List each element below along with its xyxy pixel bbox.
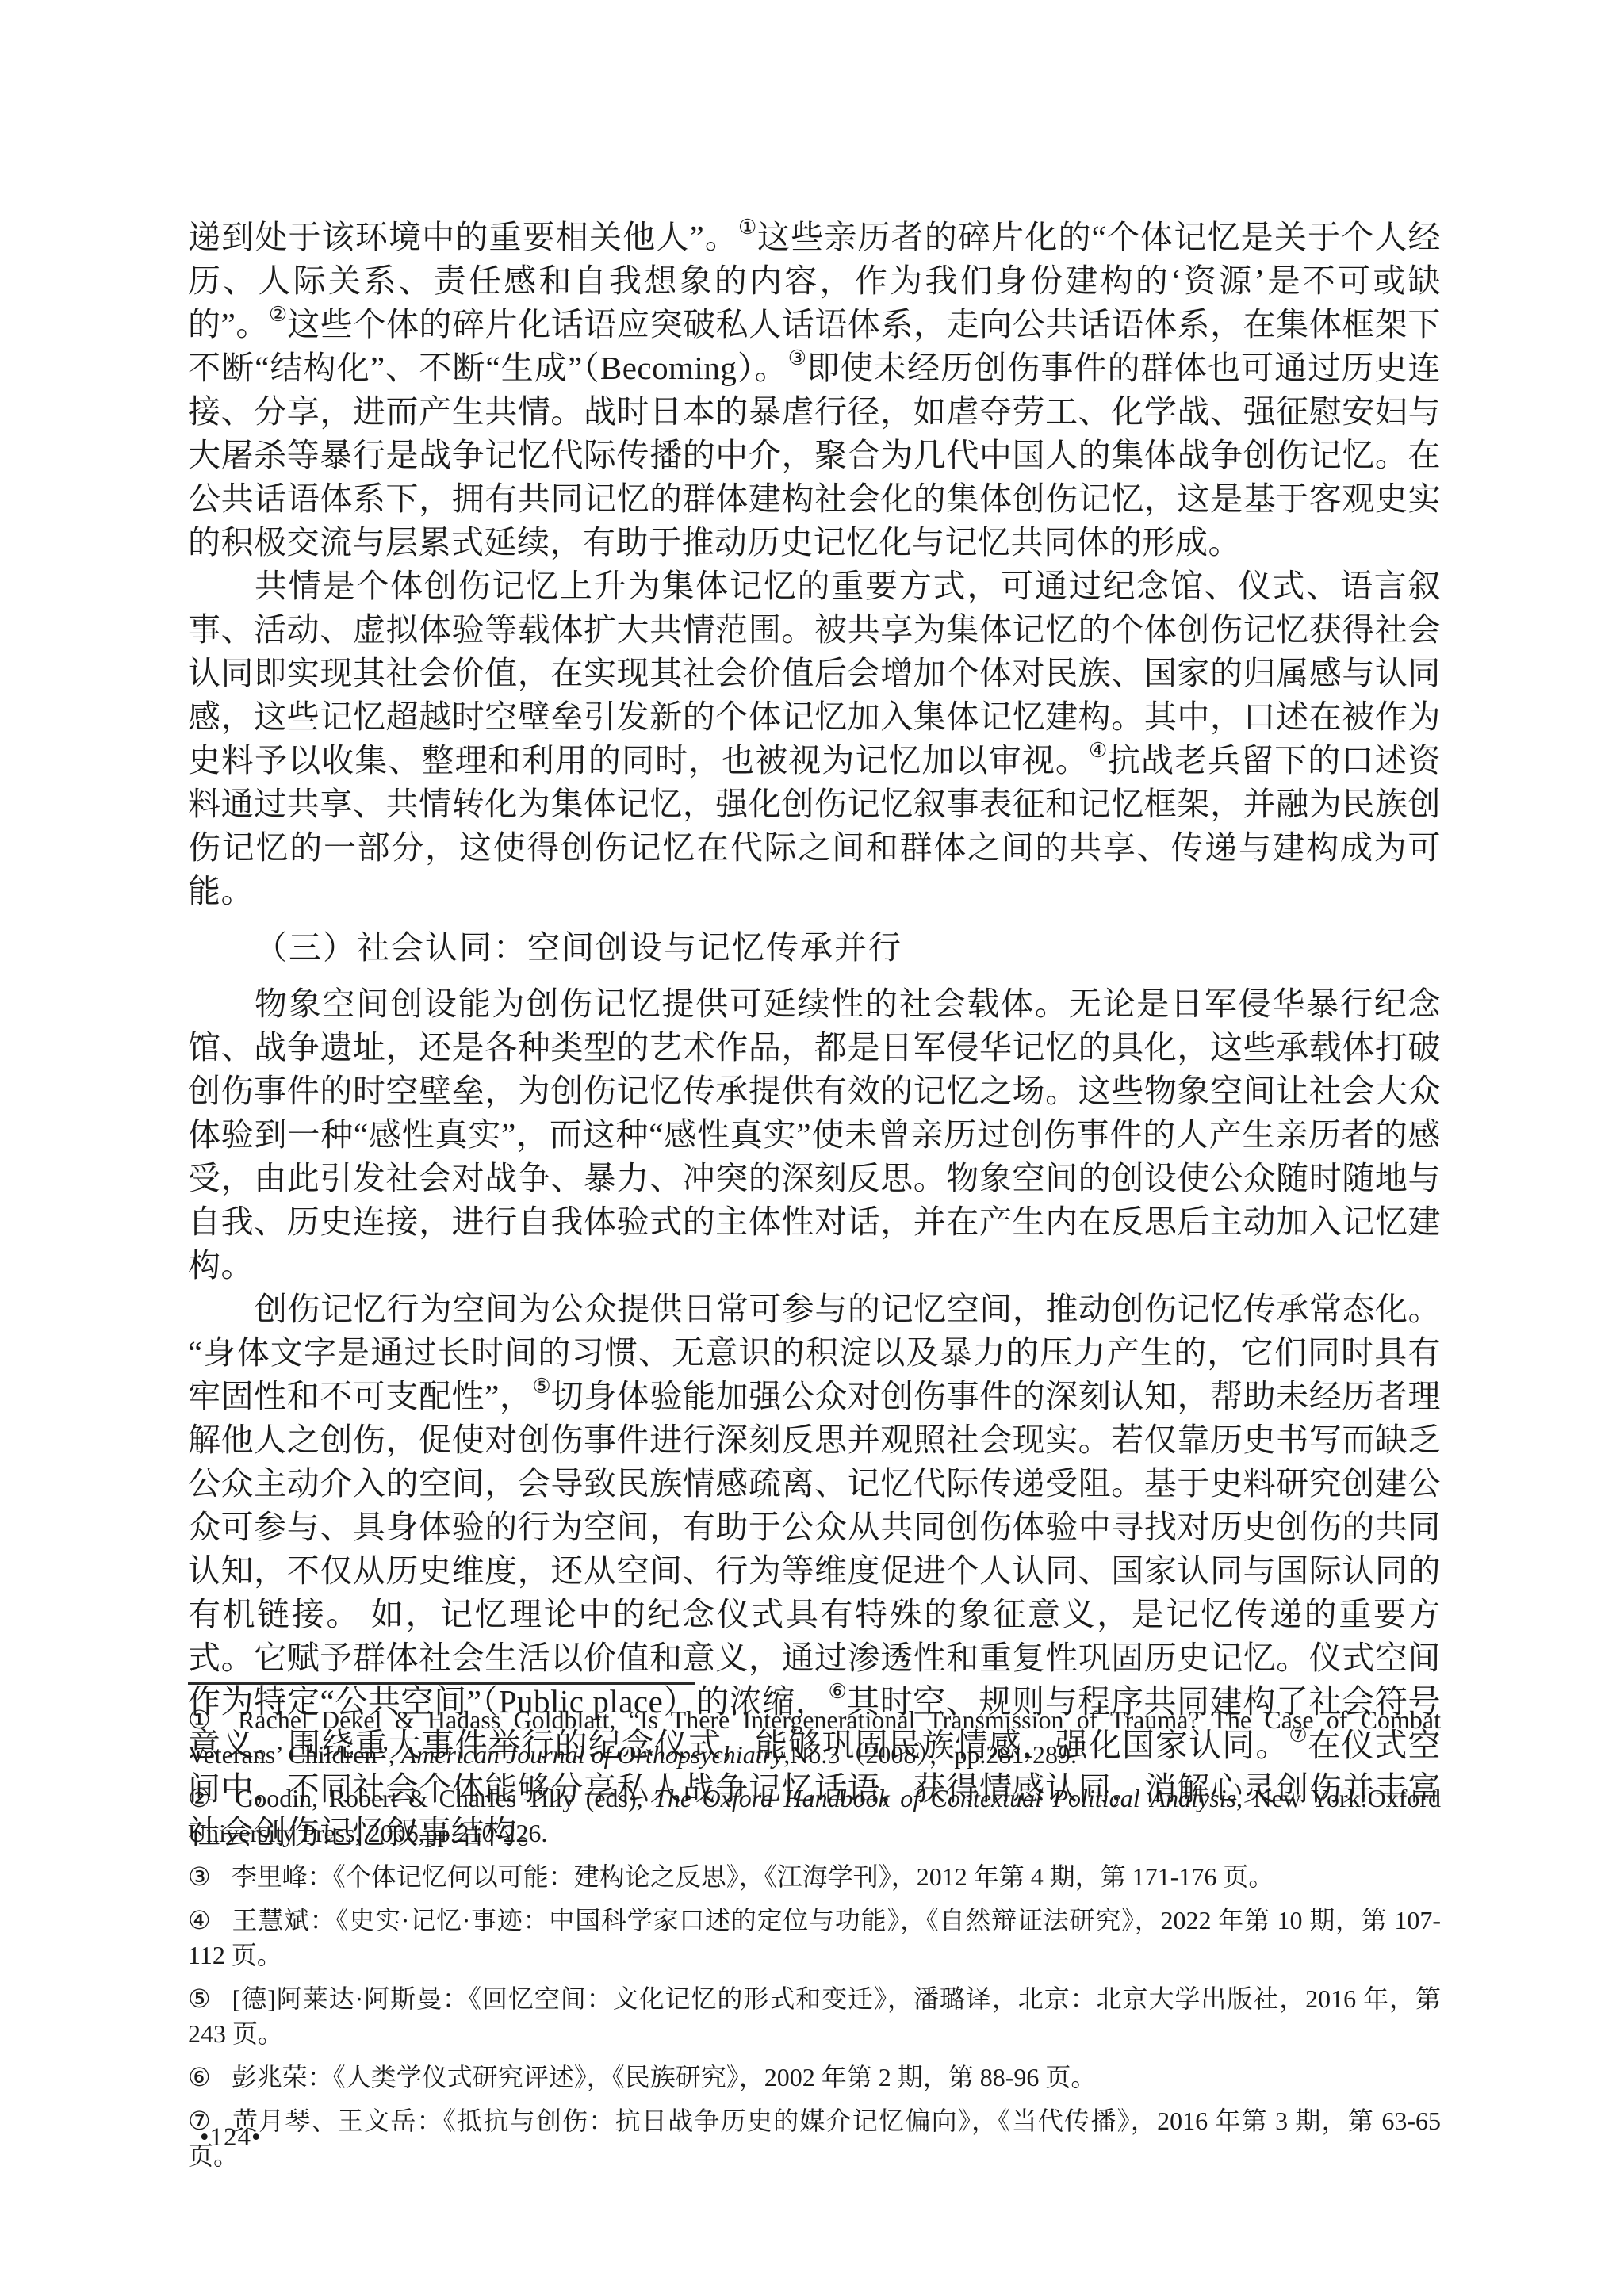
footnote-marker: ⑤	[188, 1984, 232, 2013]
text-run: （三）社会认同：空间创设与记忆传承并行	[255, 929, 902, 966]
body-paragraph: 递到处于该环境中的重要相关他人”。①这些亲历者的碎片化的“个体记忆是关于个人经历…	[188, 216, 1441, 564]
footnote-ref: ③	[788, 346, 807, 369]
text-run: ,No.3（2008），pp.281-289.	[783, 1740, 1077, 1769]
footnote-marker: ③	[188, 1862, 232, 1891]
footnote-item: ④王慧斌：《史实·记忆·事迹：中国科学家口述的定位与功能》，《自然辩证法研究》，…	[188, 1903, 1441, 1973]
text-run: 递到处于该环境中的重要相关他人”。	[188, 219, 738, 255]
footnote-marker: ⑥	[188, 2063, 232, 2091]
section-heading: （三）社会认同：空间创设与记忆传承并行	[188, 926, 1441, 970]
main-text: 递到处于该环境中的重要相关他人”。①这些亲历者的碎片化的“个体记忆是关于个人经历…	[188, 216, 1441, 1854]
text-run: 物象空间创设能为创伤记忆提供可延续性的社会载体。无论是日军侵华暴行纪念馆、战争遗…	[188, 985, 1441, 1284]
text-run: 彭兆荣：《人类学仪式研究评述》，《民族研究》，2002 年第 2 期，第 88-…	[232, 2063, 1097, 2091]
text-run: 王慧斌：《史实·记忆·事迹：中国科学家口述的定位与功能》，《自然辩证法研究》，2…	[188, 1906, 1441, 1969]
body-paragraph: 共情是个体创伤记忆上升为集体记忆的重要方式，可通过纪念馆、仪式、语言叙事、活动、…	[188, 564, 1441, 913]
text-run: 黄月琴、王文岳：《抵抗与创伤：抗日战争历史的媒介记忆偏向》，《当代传播》，201…	[188, 2107, 1441, 2170]
footnote-ref: ④	[1089, 739, 1108, 762]
text-run: 切身体验能加强公众对创伤事件的深刻认知，帮助未经历者理解他人之创伤，促使对创伤事…	[188, 1378, 1441, 1720]
footnote-divider	[188, 1682, 695, 1685]
footnote-ref: ②	[269, 303, 287, 326]
document-page: 递到处于该环境中的重要相关他人”。①这些亲历者的碎片化的“个体记忆是关于个人经历…	[0, 0, 1624, 2296]
footnote-marker: ②	[188, 1784, 236, 1812]
footnote-item: ①Rachel Dekel & Hadass Goldblatt, “Is Th…	[188, 1702, 1441, 1772]
footnote-item: ③李里峰：《个体记忆何以可能：建构论之反思》，《江海学刊》，2012 年第 4 …	[188, 1859, 1441, 1894]
page-number: •124•	[200, 2123, 262, 2152]
text-run: Goodin, Robert & Charles Tilly (eds),	[236, 1784, 653, 1812]
body-paragraph: 物象空间创设能为创伤记忆提供可延续性的社会载体。无论是日军侵华暴行纪念馆、战争遗…	[188, 982, 1441, 1288]
italic-title: American Journal of Orthopsychiatry	[401, 1740, 784, 1769]
footnote-item: ⑤[德]阿莱达·阿斯曼：《回忆空间：文化记忆的形式和变迁》，潘璐译，北京：北京大…	[188, 1981, 1441, 2051]
footnote-ref: ①	[738, 216, 757, 239]
footnote-item: ②Goodin, Robert & Charles Tilly (eds), T…	[188, 1781, 1441, 1850]
italic-title: The Oxford Handbook of Contextual Politi…	[653, 1784, 1236, 1812]
footnote-marker: ①	[188, 1705, 238, 1734]
footnote-list: ①Rachel Dekel & Hadass Goldblatt, “Is Th…	[188, 1702, 1441, 2173]
text-run: 李里峰：《个体记忆何以可能：建构论之反思》，《江海学刊》，2012 年第 4 期…	[232, 1862, 1274, 1891]
footnote-item: ⑥彭兆荣：《人类学仪式研究评述》，《民族研究》，2002 年第 2 期，第 88…	[188, 2060, 1441, 2095]
footnote-marker: ④	[188, 1906, 232, 1934]
footnote-item: ⑦黄月琴、王文岳：《抵抗与创伤：抗日战争历史的媒介记忆偏向》，《当代传播》，20…	[188, 2103, 1441, 2173]
footnote-ref: ⑤	[532, 1375, 550, 1398]
text-run: [德]阿莱达·阿斯曼：《回忆空间：文化记忆的形式和变迁》，潘璐译，北京：北京大学…	[188, 1984, 1441, 2048]
footnote-section: ①Rachel Dekel & Hadass Goldblatt, “Is Th…	[188, 1682, 1441, 2182]
